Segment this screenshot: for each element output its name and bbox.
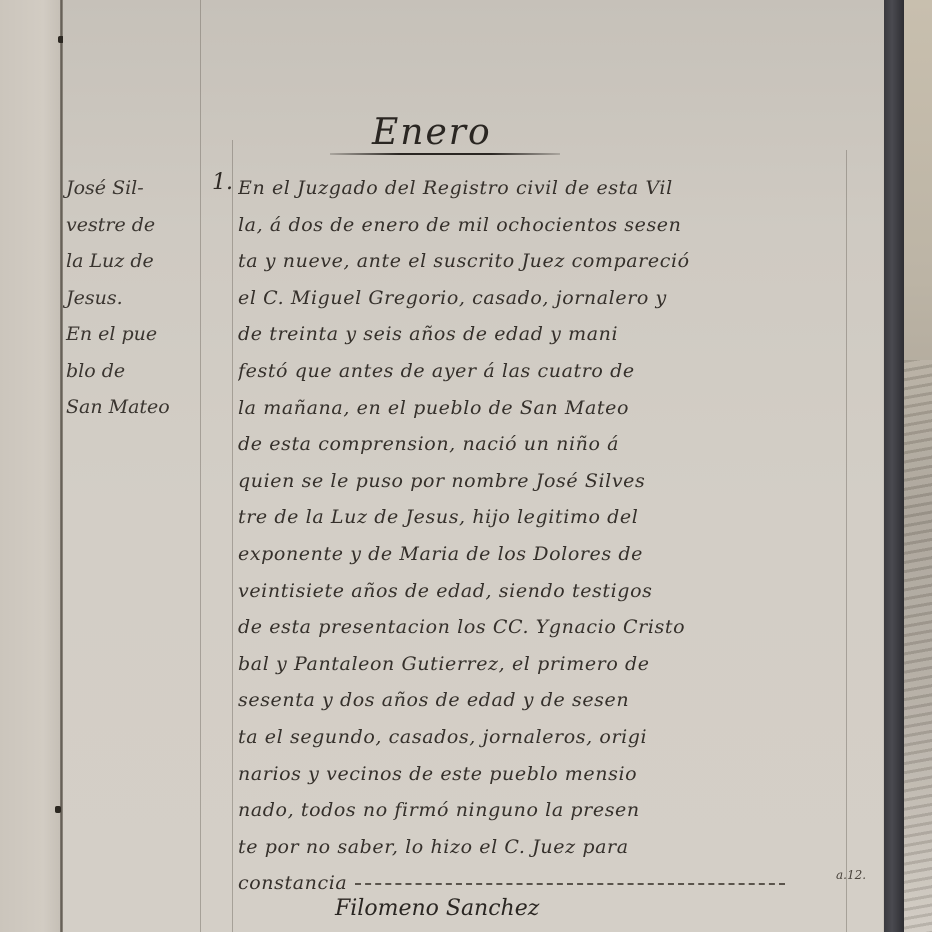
binding-stitch: [55, 806, 61, 813]
margin-rule: [200, 0, 201, 932]
body-line: festó que antes de ayer á las cuatro de: [238, 353, 813, 390]
body-line: de esta presentacion los CC. Ygnacio Cri…: [238, 609, 813, 646]
closing-word: constancia: [238, 872, 347, 894]
month-heading: Enero: [372, 112, 492, 153]
heading-underline: [330, 153, 560, 155]
judge-signature: Filomeno Sanchez: [335, 896, 539, 921]
body-line: de treinta y seis años de edad y mani: [238, 316, 813, 353]
entry-number: 1.: [212, 170, 233, 195]
body-line: ta el segundo, casados, jornaleros, orig…: [238, 719, 813, 756]
book-binding: [884, 0, 904, 932]
margin-line: José Sil-: [66, 170, 206, 207]
margin-line: En el pue: [66, 316, 206, 353]
body-line: veintisiete años de edad, siendo testigo…: [238, 573, 813, 610]
margin-line: blo de: [66, 353, 206, 390]
body-line: exponente y de Maria de los Dolores de: [238, 536, 813, 573]
margin-line: la Luz de: [66, 243, 206, 280]
margin-line: San Mateo: [66, 389, 206, 426]
body-line: narios y vecinos de este pueblo mensio: [238, 756, 813, 793]
entry-number-rule: [232, 140, 233, 932]
body-line: de esta comprension, nació un niño á: [238, 426, 813, 463]
body-line: la mañana, en el pueblo de San Mateo: [238, 390, 813, 427]
facing-page-edge: [0, 0, 62, 932]
margin-line: Jesus.: [66, 280, 206, 317]
right-margin-rule: [846, 150, 847, 932]
body-line: En el Juzgado del Registro civil de esta…: [238, 170, 813, 207]
dash-leader-line: [355, 883, 785, 885]
body-line: bal y Pantaleon Gutierrez, el primero de: [238, 646, 813, 683]
body-line: ta y nueve, ante el suscrito Juez compar…: [238, 243, 813, 280]
body-line: nado, todos no firmó ninguno la presen: [238, 792, 813, 829]
body-line: te por no saber, lo hizo el C. Juez para: [238, 829, 813, 866]
body-line: quien se le puso por nombre José Silves: [238, 463, 813, 500]
record-body: En el Juzgado del Registro civil de esta…: [238, 170, 813, 902]
folio-note: a.12.: [836, 868, 866, 882]
body-line: la, á dos de enero de mil ochocientos se…: [238, 207, 813, 244]
body-line: el C. Miguel Gregorio, casado, jornalero…: [238, 280, 813, 317]
margin-line: vestre de: [66, 207, 206, 244]
body-line: tre de la Luz de Jesus, hijo legitimo de…: [238, 499, 813, 536]
worn-page-edge: [904, 0, 932, 932]
body-line: sesenta y dos años de edad y de sesen: [238, 682, 813, 719]
margin-annotation: José Sil- vestre de la Luz de Jesus. En …: [66, 170, 206, 426]
